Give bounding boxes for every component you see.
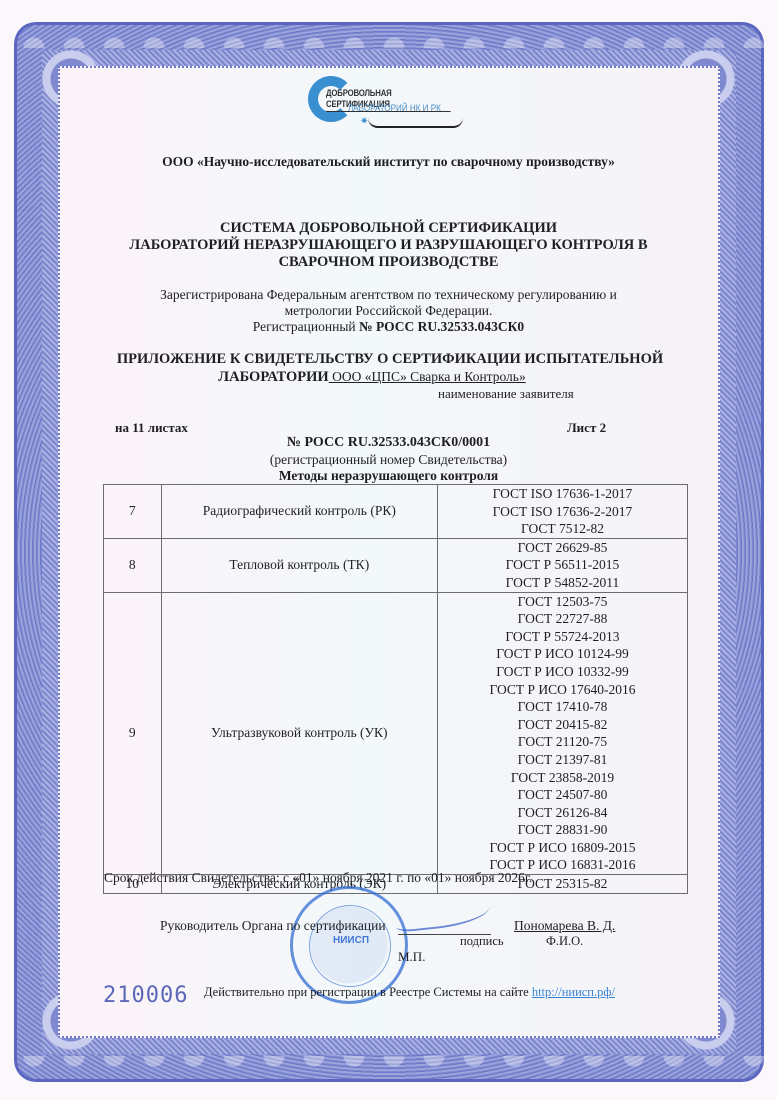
registry-note-text: Действительно при регистрации в Реестре … [204, 985, 532, 999]
standard-item: ГОСТ ISO 17636-1-2017 [438, 485, 687, 503]
method-number: 9 [104, 592, 162, 875]
applicant-caption: наименование заявителя [438, 386, 574, 402]
table-row: 7Радиографический контроль (РК)ГОСТ ISO … [104, 485, 688, 539]
appendix-line1: ПРИЛОЖЕНИЕ К СВИДЕТЕЛЬСТВУ О СЕРТИФИКАЦИ… [110, 350, 670, 368]
validity-period: Срок действия Свидетельства: с «01» нояб… [104, 870, 532, 886]
method-standards: ГОСТ ISO 17636-1-2017ГОСТ ISO 17636-2-20… [437, 485, 687, 539]
serial-number: 210006 [103, 983, 188, 1008]
system-title-line3: СВАРОЧНОМ ПРОИЗВОДСТВЕ [0, 254, 777, 271]
method-name: Радиографический контроль (РК) [161, 485, 437, 539]
standard-item: ГОСТ 17410-78 [438, 698, 687, 716]
standard-item: ГОСТ Р 55724-2013 [438, 628, 687, 646]
signatory-role: Руководитель Органа по сертификации [160, 918, 386, 934]
registration-line1: Зарегистрирована Федеральным агентством … [0, 287, 777, 303]
standard-item: ГОСТ 12503-75 [438, 593, 687, 611]
standard-item: ГОСТ Р 56511-2015 [438, 556, 687, 574]
registration-number: № РОСС RU.32533.043СК0 [359, 319, 524, 334]
standard-item: ГОСТ Р ИСО 10124-99 [438, 645, 687, 663]
standard-item: ГОСТ 22727-88 [438, 610, 687, 628]
method-standards: ГОСТ 12503-75ГОСТ 22727-88ГОСТ Р 55724-2… [437, 592, 687, 875]
table-row: 8Тепловой контроль (ТК)ГОСТ 26629-85ГОСТ… [104, 538, 688, 592]
standard-item: ГОСТ 7512-82 [438, 520, 687, 538]
standard-item: ГОСТ 24507-80 [438, 786, 687, 804]
registry-note: Действительно при регистрации в Реестре … [204, 985, 615, 1000]
standard-item: ГОСТ 26629-85 [438, 539, 687, 557]
signatory-name-caption: Ф.И.О. [546, 934, 583, 949]
logo-text-line2: ЛАБОРАТОРИЙ НК И РК [348, 103, 441, 114]
seal-caption: М.П. [398, 949, 425, 965]
method-number: 8 [104, 538, 162, 592]
system-title-line1: СИСТЕМА ДОБРОВОЛЬНОЙ СЕРТИФИКАЦИИ [0, 220, 777, 237]
logo-swoosh-icon [368, 118, 463, 128]
standard-item: ГОСТ Р ИСО 16809-2015 [438, 839, 687, 857]
standard-item: ГОСТ 23858-2019 [438, 769, 687, 787]
organization-name: ООО «Научно-исследовательский институт п… [0, 154, 777, 170]
certificate-number: № РОСС RU.32533.043СК0/0001 [0, 435, 777, 451]
standard-item: ГОСТ Р ИСО 10332-99 [438, 663, 687, 681]
signatory-name: Пономарева В. Д. [514, 918, 615, 934]
registration-prefix: Регистрационный [253, 319, 359, 334]
registration-number-line: Регистрационный № РОСС RU.32533.043СК0 [0, 319, 777, 335]
appendix-line2: ЛАБОРАТОРИИ ООО «ЦПС» Сварка и Контроль» [110, 368, 670, 386]
standard-item: ГОСТ Р 54852-2011 [438, 574, 687, 592]
method-number: 7 [104, 485, 162, 539]
standard-item: ГОСТ 20415-82 [438, 716, 687, 734]
standard-item: ГОСТ Р ИСО 17640-2016 [438, 681, 687, 699]
standard-item: ГОСТ 21397-81 [438, 751, 687, 769]
methods-title: Методы неразрушающего контроля [0, 468, 777, 484]
method-name: Ультразвуковой контроль (УК) [161, 592, 437, 875]
signature-caption: подпись [460, 934, 504, 949]
table-row: 9Ультразвуковой контроль (УК)ГОСТ 12503-… [104, 592, 688, 875]
appendix-title: ПРИЛОЖЕНИЕ К СВИДЕТЕЛЬСТВУ О СЕРТИФИКАЦИ… [110, 350, 670, 386]
system-title: СИСТЕМА ДОБРОВОЛЬНОЙ СЕРТИФИКАЦИИ ЛАБОРА… [0, 220, 777, 271]
standard-item: ГОСТ 26126-84 [438, 804, 687, 822]
standard-item: ГОСТ ISO 17636-2-2017 [438, 503, 687, 521]
sheet-number: Лист 2 [567, 420, 606, 436]
applicant-name: ООО «ЦПС» Сварка и Контроль» [329, 369, 526, 384]
appendix-line2-prefix: ЛАБОРАТОРИИ [218, 369, 328, 385]
standard-item: ГОСТ 28831-90 [438, 821, 687, 839]
sheet-count: на 11 листах [115, 420, 188, 436]
method-standards: ГОСТ 26629-85ГОСТ Р 56511-2015ГОСТ Р 548… [437, 538, 687, 592]
methods-table: 7Радиографический контроль (РК)ГОСТ ISO … [103, 484, 688, 894]
registration-block: Зарегистрирована Федеральным агентством … [0, 287, 777, 335]
method-name: Тепловой контроль (ТК) [161, 538, 437, 592]
registry-site-link[interactable]: http://ниисп.рф/ [532, 985, 615, 999]
registration-line2: метрологии Российской Федерации. [0, 303, 777, 319]
standard-item: ГОСТ 21120-75 [438, 733, 687, 751]
certification-logo: ДОБРОВОЛЬНАЯ СЕРТИФИКАЦИЯ ЛАБОРАТОРИЙ НК… [308, 70, 478, 130]
system-title-line2: ЛАБОРАТОРИЙ НЕРАЗРУШАЮЩЕГО И РАЗРУШАЮЩЕГ… [0, 237, 777, 254]
stamp-text: НИИСП [333, 935, 369, 946]
certificate-number-caption: (регистрационный номер Свидетельства) [0, 452, 777, 468]
